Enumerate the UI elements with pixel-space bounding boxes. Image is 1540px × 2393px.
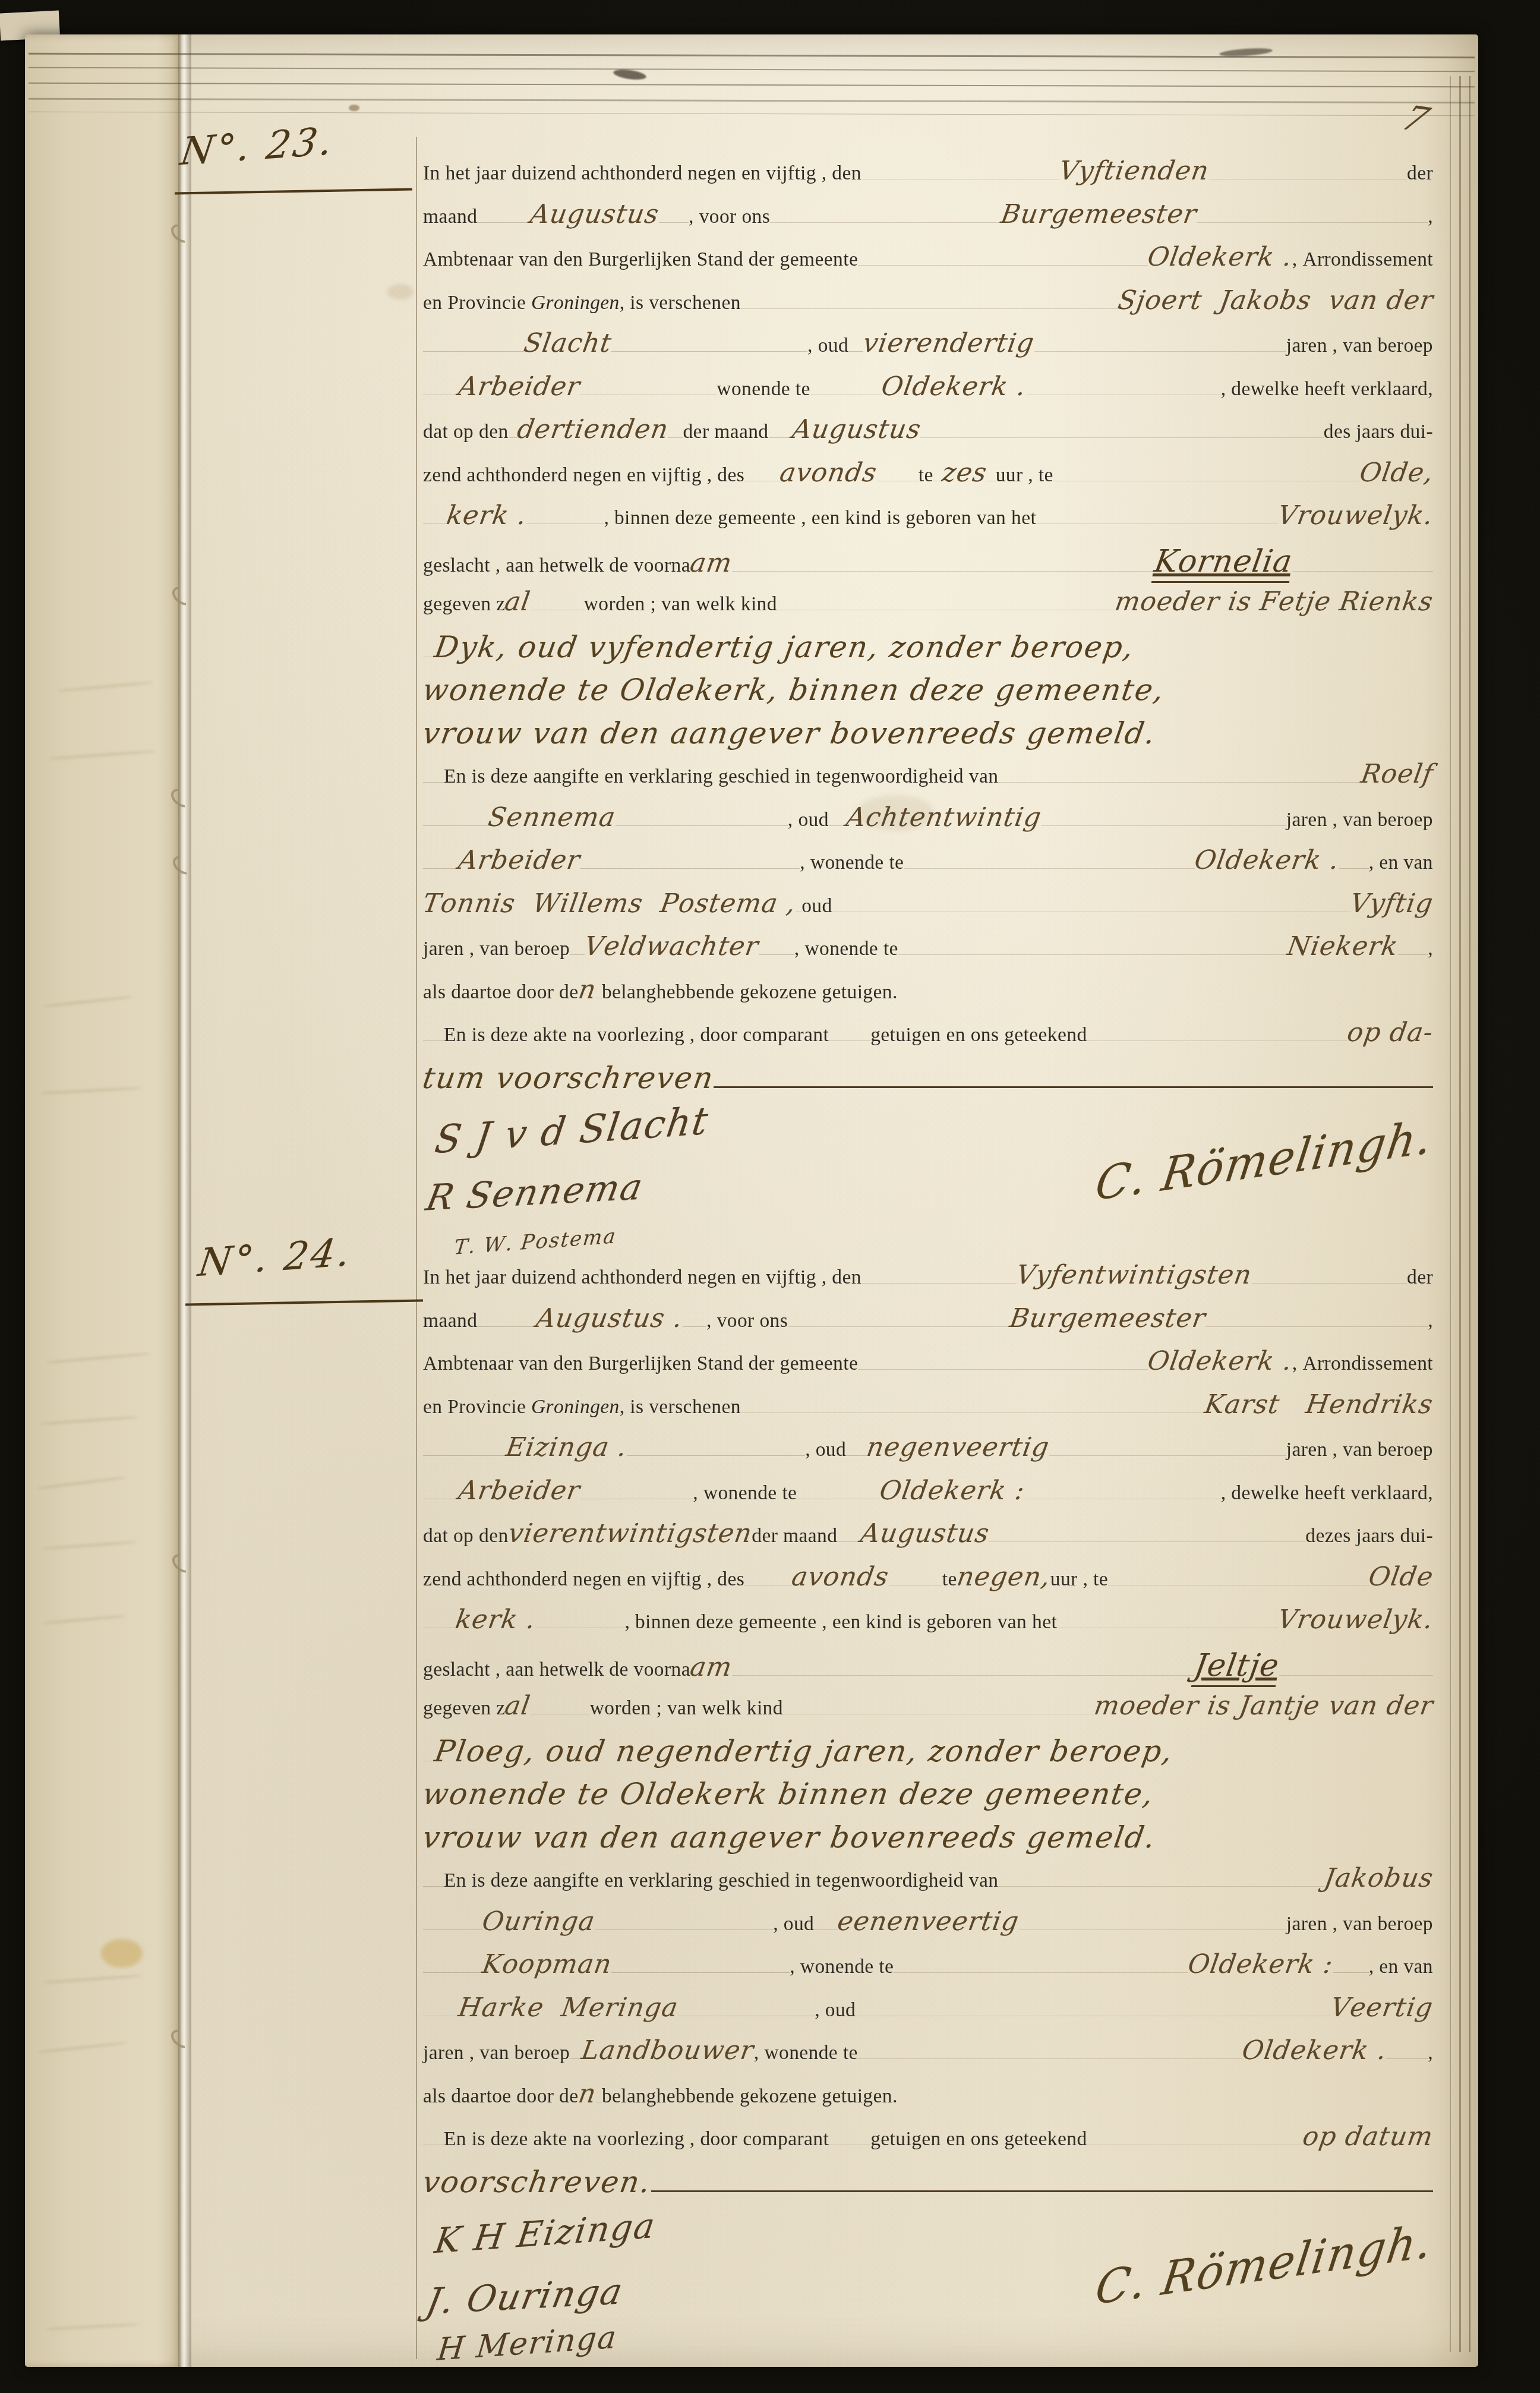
record-line: zend achthonderd negen en vijftig , desa… — [423, 458, 1433, 501]
page-edge-line — [1459, 76, 1461, 2352]
blank-spacer — [848, 346, 863, 352]
record-23-signatures: S J v d SlachtR SennemaT. W. PostemaC. R… — [423, 1105, 1433, 1269]
witness-signature: T. W. Postema — [453, 1224, 618, 1260]
printed-text: en Provincie — [423, 292, 531, 314]
printed-text: dezes jaars dui- — [1305, 1525, 1433, 1547]
printed-text: Ambtenaar van den Burgerlijken Stand der… — [423, 248, 858, 271]
handwritten-entry: Niekerk — [1285, 931, 1400, 961]
blank-spacer — [526, 519, 604, 524]
blank-fill — [858, 1364, 1148, 1370]
handwritten-entry: Augustus — [790, 414, 923, 444]
handwritten-entry: Veertig — [1328, 1992, 1435, 2023]
printed-text: wonende te — [717, 378, 810, 401]
printed-text: der maand — [752, 1525, 837, 1547]
page-edge-line — [29, 112, 1475, 116]
record-line: kerk ., binnen deze gemeente , een kind … — [423, 1604, 1433, 1648]
handwritten-entry: Slacht — [522, 328, 614, 358]
printed-text: getuigen en ons geteekend — [870, 1024, 1087, 1046]
printed-text: geslacht , aan hetwelk de voorna — [423, 1659, 690, 1681]
record-line: Arbeider, wonende teOldekerk :, dewelke … — [423, 1475, 1433, 1519]
record-line: dat op denvierentwintigstender maandAugu… — [423, 1518, 1433, 1562]
handwritten-entry: Arbeider — [456, 845, 582, 875]
handwritten-entry: Sjoert Jakobs van der — [1116, 285, 1435, 316]
printed-text: belanghebbende gekozene getuigen. — [602, 2085, 898, 2108]
handwritten-entry: Augustus — [859, 1518, 992, 1549]
blank-spacer — [423, 1925, 482, 1930]
witness-signature: H Meringa — [436, 2319, 619, 2367]
printed-text: te — [942, 1568, 957, 1591]
printed-text: der — [1407, 1266, 1433, 1289]
blank-fill — [777, 605, 1115, 610]
blank-spacer — [423, 519, 447, 524]
handwritten-entry: Olde, — [1358, 458, 1435, 488]
blank-fill — [861, 1278, 1017, 1284]
handwritten-entry: Oldekerk . — [1239, 2035, 1388, 2066]
handwritten-entry: Oldekerk : — [878, 1475, 1027, 1506]
printed-text: , is verschenen — [620, 292, 741, 314]
record-24: In het jaar duizend achthonderd negen en… — [423, 1260, 1433, 2208]
printed-text: , en van — [1369, 1956, 1433, 1978]
handwritten-entry: Oldekerk . — [1192, 845, 1342, 875]
printed-text: , wonende te — [693, 1482, 797, 1505]
blank-fill — [904, 863, 1195, 869]
record-line: kerk ., binnen deze gemeente , een kind … — [423, 500, 1433, 544]
record-line: als daartoe door denbelanghebbende gekoz… — [423, 975, 1433, 1018]
record-line: Sennema, oudAchtentwintigjaren , van ber… — [423, 802, 1433, 846]
record-line: En is deze akte na voorlezing , door com… — [423, 1017, 1433, 1061]
printed-text: , oud — [805, 1439, 846, 1461]
record-line: en Provincie Groningen, is verschenenSjo… — [423, 285, 1433, 329]
handwritten-entry: avonds — [778, 458, 879, 488]
handwritten-entry: Vyftienden — [1057, 156, 1211, 186]
blank-fill — [1025, 1494, 1221, 1499]
printed-text: maand — [423, 206, 477, 228]
record-line: voorschreven. — [423, 2165, 1433, 2208]
blank-spacer — [678, 2011, 815, 2016]
blank-spacer — [580, 1494, 693, 1499]
handwritten-entry: Vrouwelyk. — [1276, 1604, 1435, 1635]
printed-text: dat op den — [423, 421, 509, 443]
record-24-label-underline — [185, 1300, 423, 1306]
handwritten-entry: Tonnis Willems Postema , — [421, 888, 798, 919]
blank-spacer — [889, 1580, 942, 1585]
record-line: Harke Meringa, oudVeertig — [423, 1992, 1433, 2036]
printed-text: , — [1428, 206, 1433, 228]
printed-text: , wonende te — [794, 938, 898, 960]
handwritten-entry: Arbeider — [456, 371, 582, 402]
handwritten-entry: Roelf — [1359, 759, 1435, 789]
blank-fill — [1252, 1278, 1407, 1284]
blank-fill — [832, 907, 1350, 912]
printed-text: , is verschenen — [620, 1396, 741, 1418]
blank-spacer — [423, 863, 459, 869]
photographed-register: 7 N°. 23. In het jaar duizend achthonder… — [0, 0, 1540, 2393]
record-line: jaren , van beroepVeldwachter, wonende t… — [423, 931, 1433, 975]
binding-seam — [178, 34, 191, 2367]
printed-text: dat op den — [423, 1525, 509, 1547]
blank-spacer — [596, 993, 602, 998]
handwritten-entry: am — [688, 548, 734, 578]
printed-text: als daartoe door de — [423, 2085, 579, 2108]
blank-spacer — [1386, 2054, 1428, 2059]
handwritten-entry: Achtentwintig — [844, 802, 1044, 833]
blank-spacer — [423, 1036, 444, 1041]
printed-text: En is deze akte na voorlezing , door com… — [444, 1024, 829, 1046]
handwritten-entry: n — [576, 2079, 598, 2109]
printed-text: , voor ons — [689, 206, 770, 228]
handwritten-entry: Vyfentwintigsten — [1014, 1260, 1254, 1290]
handwritten-entry: Oldekerk : — [1186, 1949, 1336, 1979]
paper-stain — [101, 1939, 143, 1968]
blank-spacer — [423, 1881, 444, 1887]
blank-spacer — [627, 1451, 805, 1456]
record-line: en Provincie Groningen, is verschenenKar… — [423, 1389, 1433, 1433]
record-line: zend achthonderd negen en vijftig , desa… — [423, 1562, 1433, 1605]
handwritten-entry: op datum — [1301, 2121, 1435, 2152]
blank-fill — [898, 950, 1287, 955]
record-line: maandAugustus, voor onsBurgemeester, — [423, 199, 1433, 242]
blank-spacer — [611, 1968, 790, 1973]
page-edge-line — [29, 98, 1475, 103]
blank-spacer — [683, 1322, 706, 1327]
handwritten-entry: Burgemeester — [999, 199, 1199, 229]
blank-fill — [732, 566, 1154, 572]
handwritten-entry: am — [688, 1652, 734, 1682]
handwritten-entry: Burgemeester — [1008, 1303, 1208, 1333]
printed-text: belanghebbende gekozene getuigen. — [602, 981, 898, 1004]
blank-spacer — [423, 2140, 444, 2145]
blank-fill — [783, 1709, 1094, 1714]
printed-text: , oud — [773, 1913, 814, 1935]
handwritten-entry: Veldwachter — [582, 931, 761, 961]
printed-text: uur , te — [996, 464, 1053, 487]
printed-text: , oud — [807, 335, 848, 357]
ink-smudge — [613, 68, 647, 81]
handwritten-entry: Koopman — [480, 1949, 614, 1979]
record-line: maandAugustus ., voor onsBurgemeester, — [423, 1303, 1433, 1347]
handwritten-entry: Vyftig — [1348, 888, 1435, 919]
blank-spacer — [744, 476, 780, 481]
blank-fill — [1019, 1925, 1286, 1930]
printed-text: , binnen deze gemeente , een kind is geb… — [624, 1611, 1057, 1634]
handwritten-entry: n — [576, 975, 598, 1005]
blank-spacer — [570, 950, 585, 955]
blank-spacer — [1333, 1968, 1369, 1973]
record-line: tum voorschreven — [423, 1061, 1433, 1104]
blank-fill — [998, 777, 1361, 783]
blank-spacer — [596, 2097, 602, 2102]
handwritten-entry: Landbouwer — [579, 2035, 756, 2066]
printed-text: , — [1428, 2042, 1433, 2064]
handwritten-entry: kerk . — [453, 1604, 538, 1635]
printed-text: In het jaar duizend achthonderd negen en… — [423, 162, 861, 185]
printed-text: Ambtenaar van den Burgerlijken Stand der… — [423, 1352, 858, 1375]
ink-rule — [651, 2187, 1433, 2192]
blank-spacer — [1398, 950, 1428, 955]
record-23: In het jaar duizend achthonderd negen en… — [423, 156, 1433, 1104]
registry-page: 7 N°. 23. In het jaar duizend achthonder… — [25, 34, 1478, 2367]
printed-text: , — [1428, 1310, 1433, 1332]
blank-spacer — [595, 1925, 773, 1930]
record-24-lines: In het jaar duizend achthonderd negen en… — [423, 1260, 1433, 2208]
record-line: Ambtenaar van den Burgerlijken Stand der… — [423, 242, 1433, 285]
blank-fill — [1206, 1322, 1428, 1327]
blank-spacer — [580, 390, 717, 395]
handwritten-entry: Augustus — [528, 199, 661, 229]
handwritten-entry: Ploeg, oud negendertig jaren, zonder ber… — [432, 1734, 1176, 1768]
blank-fill — [1026, 390, 1221, 395]
blank-fill — [1197, 217, 1428, 223]
record-line: Ploeg, oud negendertig jaren, zonder ber… — [423, 1734, 1433, 1777]
handwritten-entry: op da- — [1345, 1017, 1435, 1048]
printed-text: gegeven z — [423, 593, 505, 616]
witness-signature: J. Ouringa — [422, 2271, 627, 2323]
blank-spacer — [423, 1451, 506, 1456]
blank-spacer — [668, 433, 683, 438]
handwritten-entry: Oldekerk . — [879, 371, 1028, 402]
blank-spacer — [580, 863, 800, 869]
blank-spacer — [477, 1322, 537, 1327]
handwritten-entry: al — [503, 1691, 532, 1721]
handwritten-entry: Augustus . — [534, 1303, 685, 1333]
handwritten-entry: wonende te Oldekerk binnen deze gemeente… — [420, 1777, 1156, 1811]
official-signature: C. Römelingh. — [1092, 1109, 1436, 1211]
blank-spacer — [535, 1623, 624, 1628]
record-line: vrouw van den aangever bovenreeds gemeld… — [423, 716, 1433, 759]
handwritten-entry: vrouw van den aangever bovenreeds gemeld… — [420, 1820, 1159, 1855]
record-line: geslacht , aan hetwelk de voornaamJeltje — [423, 1648, 1433, 1691]
record-line: Slacht, oudvierendertigjaren , van beroe… — [423, 328, 1433, 371]
handwritten-entry: moeder is Jantje van der — [1092, 1691, 1435, 1721]
printed-text: jaren , van beroep — [1286, 809, 1433, 831]
blank-spacer — [846, 1451, 867, 1456]
blank-fill — [1057, 1623, 1278, 1628]
record-line: En is deze akte na voorlezing , door com… — [423, 2121, 1433, 2165]
printed-text: gegeven z — [423, 1697, 505, 1720]
child-name: Jeltje — [1191, 1648, 1282, 1687]
printed-text: jaren , van beroep — [423, 938, 570, 960]
blank-fill — [1292, 566, 1433, 572]
handwritten-entry: eenenveertig — [835, 1906, 1021, 1937]
handwritten-entry: negenveertig — [864, 1432, 1052, 1462]
witness-signature: R Sennema — [422, 1166, 647, 1219]
blank-spacer — [616, 821, 788, 826]
blank-spacer — [423, 1494, 459, 1499]
printed-text: zend achthonderd negen en vijftig , des — [423, 464, 744, 487]
printed-text: te — [919, 464, 933, 487]
handwritten-entry: Harke Meringa — [456, 1992, 680, 2023]
printed-text: , oud — [815, 1999, 856, 2022]
blank-spacer — [423, 1623, 456, 1628]
handwritten-entry: Oldekerk . — [1145, 242, 1295, 272]
printed-text: der — [1407, 162, 1433, 185]
record-line: dat op dendertiendender maandAugustusdes… — [423, 414, 1433, 458]
record-line: Koopman, wonende teOldekerk :, en van — [423, 1949, 1433, 1992]
record-line: En is deze aangifte en verklaring geschi… — [423, 759, 1433, 802]
page-edge-line — [1450, 76, 1451, 2352]
record-23-lines: In het jaar duizend achthonderd negen en… — [423, 156, 1433, 1104]
printed-text: Groningen — [531, 292, 620, 314]
blank-spacer — [659, 217, 689, 223]
record-line: Tonnis Willems Postema ,oudVyftig — [423, 888, 1433, 932]
printed-text: getuigen en ons geteekend — [870, 2128, 1087, 2151]
blank-fill — [1036, 519, 1278, 524]
printed-text: uur , te — [1050, 1568, 1108, 1591]
printed-text: , binnen deze gemeente , een kind is geb… — [604, 507, 1036, 529]
blank-spacer — [877, 476, 919, 481]
printed-text: , dewelke heeft verklaard, — [1221, 378, 1433, 401]
printed-text: en Provincie — [423, 1396, 531, 1418]
printed-text: , Arrondissement — [1292, 248, 1433, 271]
printed-text: jaren , van beroep — [1286, 1913, 1433, 1935]
blank-spacer — [1339, 863, 1369, 869]
blank-fill — [1279, 1670, 1434, 1676]
handwritten-entry: avonds — [790, 1562, 891, 1592]
witness-signature: S J v d Slacht — [432, 1099, 712, 1162]
blank-fill — [858, 260, 1148, 266]
handwritten-entry: vierentwintigsten — [506, 1518, 755, 1549]
printed-text: zend achthonderd negen en vijftig , des — [423, 1568, 744, 1591]
blank-fill — [732, 1670, 1194, 1676]
blank-fill — [989, 1537, 1305, 1542]
blank-spacer — [837, 1537, 861, 1542]
handwritten-entry: wonende te Oldekerk, binnen deze gemeent… — [420, 673, 1167, 707]
handwritten-entry: zes — [940, 458, 989, 488]
margin-column-rule — [416, 137, 417, 2359]
printed-text: jaren , van beroep — [423, 2042, 570, 2064]
printed-text: worden ; van welk kind — [590, 1697, 783, 1720]
handwritten-entry: negen, — [955, 1562, 1053, 1592]
record-line: vrouw van den aangever bovenreeds gemeld… — [423, 1820, 1433, 1864]
handwritten-entry: Jakobus — [1322, 1863, 1435, 1893]
record-line: als daartoe door denbelanghebbende gekoz… — [423, 2079, 1433, 2122]
record-line: Arbeider, wonende teOldekerk ., en van — [423, 845, 1433, 888]
handwritten-entry: Karst Hendriks — [1203, 1389, 1435, 1420]
previous-page-edge — [25, 34, 181, 2367]
printed-text: oud — [801, 895, 832, 918]
blank-fill — [1034, 346, 1286, 352]
record-24-margin-label: N°. 24. — [195, 1231, 355, 1286]
printed-text: als daartoe door de — [423, 981, 579, 1004]
printed-text: , Arrondissement — [1292, 1352, 1433, 1375]
record-line: Arbeiderwonende teOldekerk ., dewelke he… — [423, 371, 1433, 415]
record-line: gegeven zalworden ; van welk kindmoeder … — [423, 587, 1433, 630]
record-23-label-underline — [175, 188, 412, 195]
handwritten-entry: Olde — [1367, 1562, 1435, 1592]
record-line: Ouringa, oudeenenveertigjaren , van bero… — [423, 1906, 1433, 1950]
blank-fill — [1108, 1580, 1369, 1585]
handwritten-entry: Ouringa — [480, 1906, 597, 1937]
blank-spacer — [987, 476, 996, 481]
blank-fill — [741, 1408, 1206, 1413]
handwritten-entry: Dyk, oud vyfendertig jaren, zonder beroe… — [432, 630, 1137, 664]
blank-fill — [1049, 1451, 1286, 1456]
record-line: Eizinga ., oudnegenveertigjaren , van be… — [423, 1432, 1433, 1475]
printed-text: , wonende te — [754, 2042, 858, 2064]
record-line: En is deze aangifte en verklaring geschi… — [423, 1863, 1433, 1906]
blank-spacer — [814, 1925, 838, 1930]
printed-text: In het jaar duizend achthonderd negen en… — [423, 1266, 861, 1289]
printed-text: der maand — [683, 421, 768, 443]
blank-spacer — [810, 390, 882, 395]
page-edge-line — [29, 67, 1475, 72]
printed-text: des jaars dui- — [1324, 421, 1433, 443]
handwritten-entry: tum voorschreven — [420, 1061, 717, 1095]
blank-spacer — [531, 1709, 590, 1714]
record-line: In het jaar duizend achthonderd negen en… — [423, 1260, 1433, 1303]
printed-text: , dewelke heeft verklaard, — [1221, 1482, 1433, 1505]
ink-smudge — [349, 105, 359, 111]
page-edge-line — [1469, 76, 1470, 2352]
handwritten-entry: vrouw van den aangever bovenreeds gemeld… — [420, 716, 1159, 751]
printed-text: En is deze aangifte en verklaring geschi… — [444, 1869, 998, 1892]
page-number: 7 — [1396, 98, 1436, 139]
blank-fill — [1041, 821, 1286, 826]
blank-spacer — [423, 346, 524, 352]
blank-spacer — [477, 217, 531, 223]
printed-text: , wonende te — [800, 852, 904, 874]
blank-spacer — [423, 821, 488, 826]
printed-text: jaren , van beroep — [1286, 335, 1433, 357]
handwritten-entry: moeder is Fetje Rienks — [1113, 587, 1435, 617]
printed-text: worden ; van welk kind — [584, 593, 777, 616]
blank-spacer — [829, 2140, 870, 2145]
record-24-signatures: K H EizingaJ. OuringaH MeringaC. Römelin… — [423, 2209, 1433, 2367]
record-line: Ambtenaar van den Burgerlijken Stand der… — [423, 1346, 1433, 1389]
handwritten-entry: Arbeider — [456, 1475, 582, 1506]
blank-fill — [788, 1322, 1010, 1327]
printed-text: , oud — [788, 809, 829, 831]
blank-fill — [858, 2054, 1242, 2059]
printed-text: jaren , van beroep — [1286, 1439, 1433, 1461]
blank-spacer — [423, 1968, 482, 1973]
blank-fill — [1087, 2140, 1304, 2145]
handwritten-entry: al — [503, 587, 532, 617]
ink-rule — [714, 1083, 1433, 1088]
printed-text: , en van — [1369, 852, 1433, 874]
blank-fill — [856, 2011, 1331, 2016]
blank-spacer — [423, 2011, 459, 2016]
blank-fill — [920, 433, 1323, 438]
blank-spacer — [531, 605, 584, 610]
blank-spacer — [423, 777, 444, 783]
record-line: geslacht , aan hetwelk de voornaamKornel… — [423, 544, 1433, 587]
blank-spacer — [797, 1494, 880, 1499]
printed-text: En is deze aangifte en verklaring geschi… — [444, 765, 998, 788]
blank-fill — [1087, 1036, 1348, 1041]
witness-signature: K H Eizinga — [433, 2205, 659, 2262]
handwritten-entry: kerk . — [444, 500, 529, 531]
handwritten-entry: Vrouwelyk. — [1276, 500, 1435, 531]
blank-spacer — [769, 433, 793, 438]
printed-text: maand — [423, 1310, 477, 1332]
blank-spacer — [829, 1036, 870, 1041]
blank-fill — [998, 1881, 1324, 1887]
record-line: gegeven zalworden ; van welk kindmoeder … — [423, 1691, 1433, 1734]
printed-text: geslacht , aan hetwelk de voorna — [423, 554, 690, 577]
handwritten-entry: voorschreven. — [420, 2165, 654, 2199]
blank-fill — [861, 174, 1059, 179]
blank-spacer — [611, 346, 807, 352]
printed-text: Groningen — [531, 1396, 620, 1418]
blank-fill — [1053, 476, 1360, 481]
page-edge-line — [29, 83, 1475, 87]
blank-fill — [770, 217, 1001, 223]
blank-spacer — [829, 821, 847, 826]
handwritten-entry: Eizinga . — [504, 1432, 629, 1462]
blank-fill — [741, 304, 1118, 309]
blank-fill — [1209, 174, 1407, 179]
